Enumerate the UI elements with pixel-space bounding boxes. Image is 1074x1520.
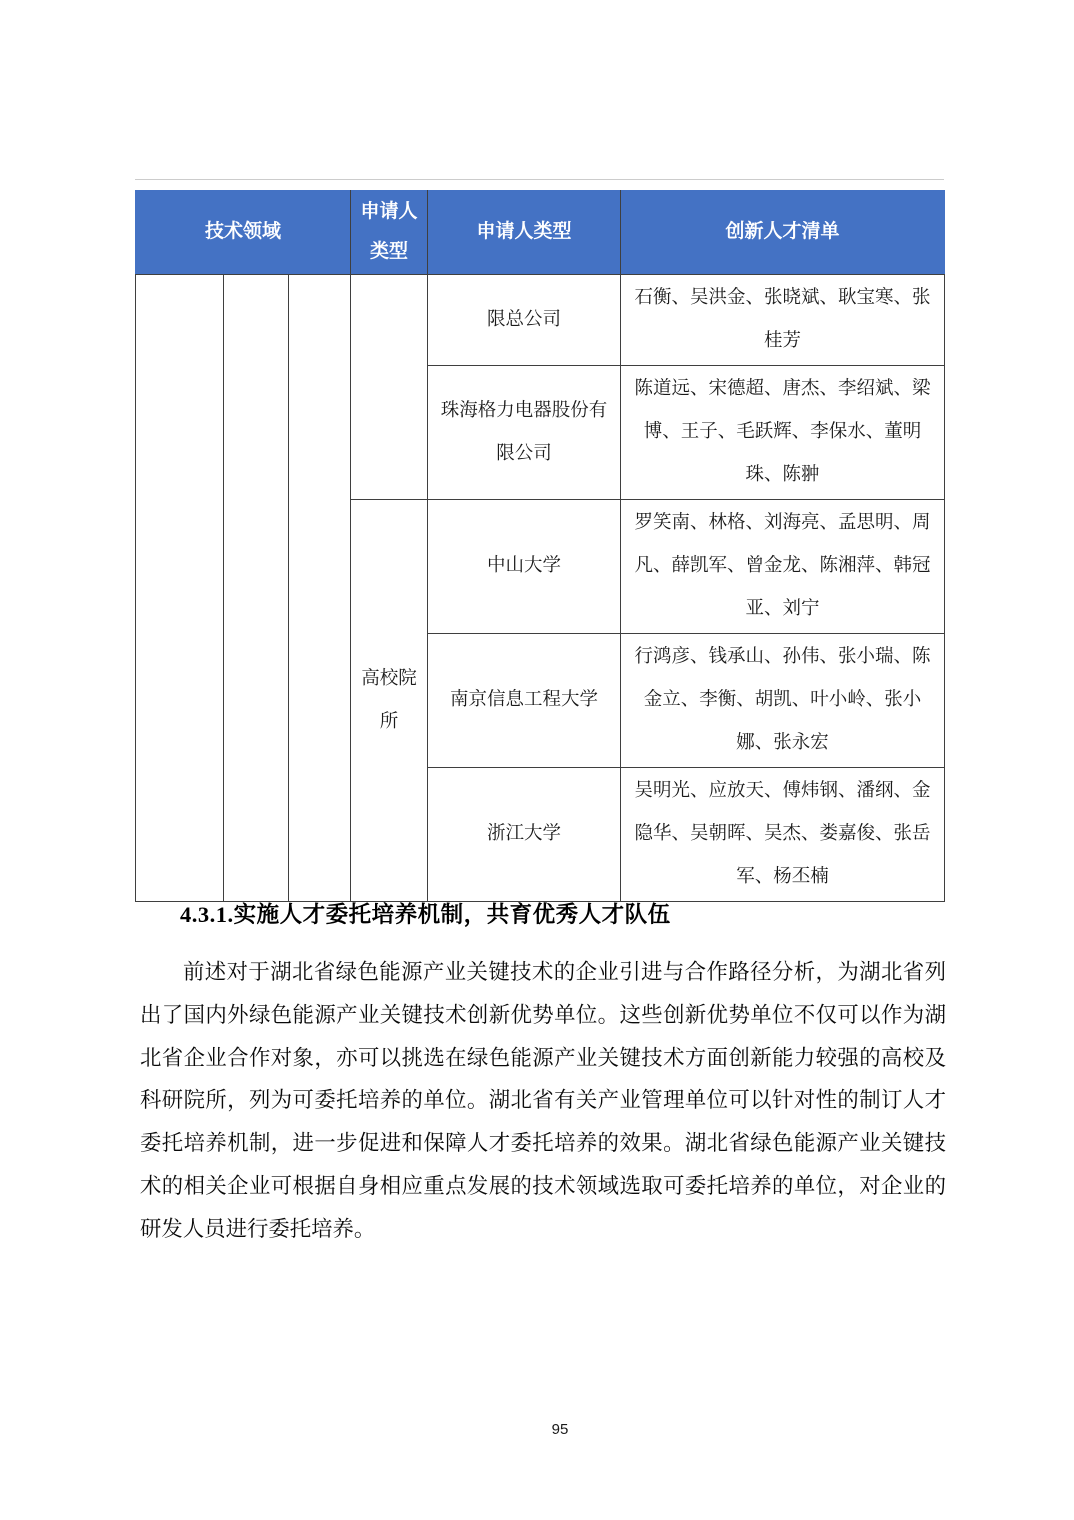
talent-list-cell: 陈道远、宋德超、唐杰、李绍斌、梁博、王子、毛跃辉、李保水、董明珠、陈翀 [621,366,945,500]
tech-field-cell-empty-1 [136,275,224,902]
page-number: 95 [0,1421,1074,1438]
talent-list-cell: 行鸿彦、钱承山、孙伟、张小瑞、陈金立、李衡、胡凯、叶小岭、张小娜、张永宏 [621,634,945,768]
header-cell-applicant-type: 申请人类型 [428,190,621,275]
applicant-cell: 浙江大学 [428,768,621,902]
talent-list-cell: 罗笑南、林格、刘海亮、孟思明、周凡、薛凯军、曾金龙、陈湘萍、韩冠亚、刘宁 [621,500,945,634]
applicant-cell: 限总公司 [428,275,621,366]
talent-list-cell: 吴明光、应放天、傅炜钢、潘纲、金隐华、吴朝晖、吴杰、娄嘉俊、张岳军、杨丕楠 [621,768,945,902]
applicant-cell: 中山大学 [428,500,621,634]
talent-list-cell: 石衡、吴洪金、张晓斌、耿宝寒、张桂芳 [621,275,945,366]
table-row: 限总公司 石衡、吴洪金、张晓斌、耿宝寒、张桂芳 [136,275,945,366]
applicant-category-cell-empty [351,275,428,500]
body-paragraph: 前述对于湖北省绿色能源产业关键技术的企业引进与合作路径分析，为湖北省列出了国内外… [140,951,946,1251]
table-header-row: 技术领域 申请人类型 申请人类型 创新人才清单 [136,190,945,275]
table-top-rule [135,179,944,180]
applicant-cell: 南京信息工程大学 [428,634,621,768]
section-heading: 4.3.1.实施人才委托培养机制，共育优秀人才队伍 [180,897,671,929]
applicant-cell: 珠海格力电器股份有限公司 [428,366,621,500]
talent-table: 技术领域 申请人类型 申请人类型 创新人才清单 限总公司 石衡、吴洪金、张晓斌、… [135,190,945,902]
header-cell-tech-field: 技术领域 [136,190,351,275]
tech-field-cell-empty-3 [289,275,351,902]
header-cell-applicant-type-narrow: 申请人类型 [351,190,428,275]
applicant-category-cell: 高校院所 [351,500,428,902]
tech-field-cell-empty-2 [224,275,289,902]
header-cell-talent-list: 创新人才清单 [621,190,945,275]
document-page: 技术领域 申请人类型 申请人类型 创新人才清单 限总公司 石衡、吴洪金、张晓斌、… [0,0,1074,1520]
